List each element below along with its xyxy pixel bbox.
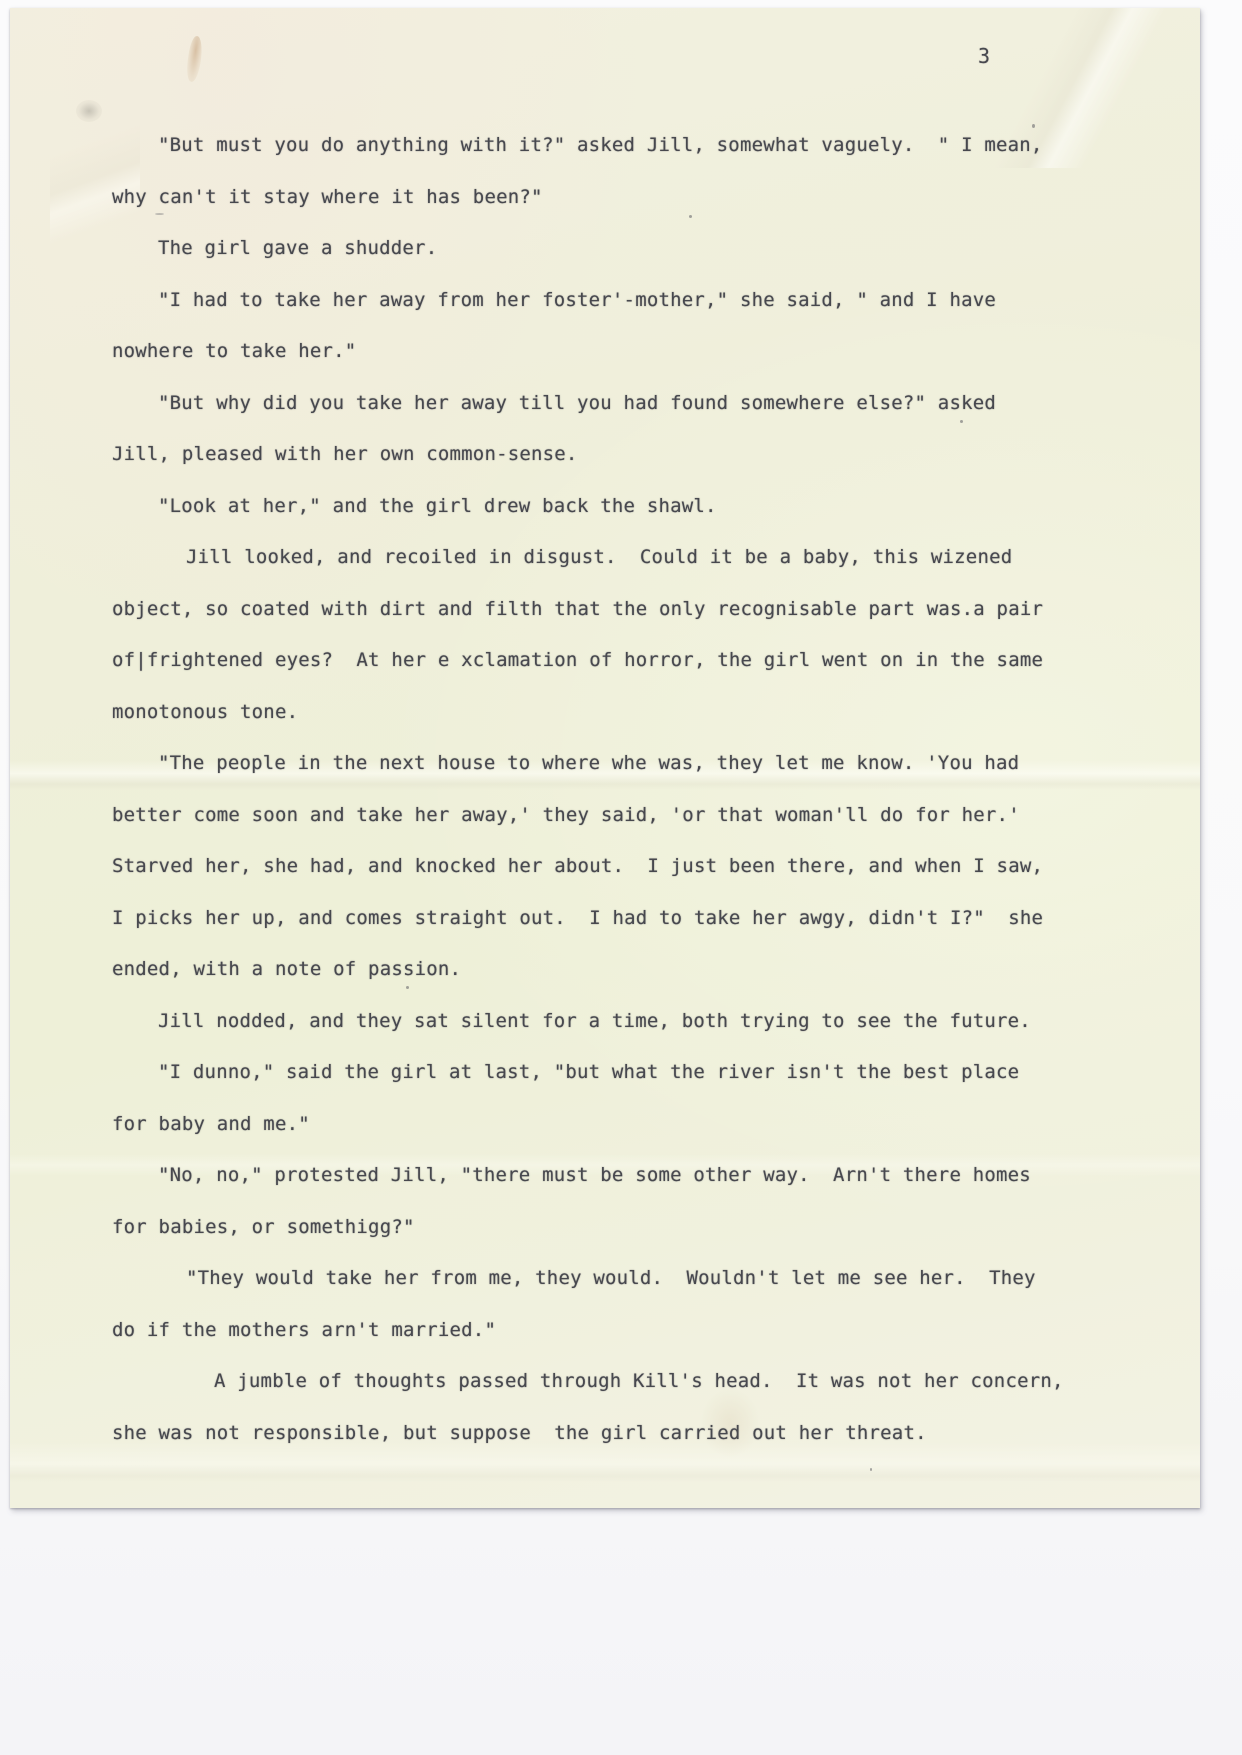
typewritten-text-block: "But must you do anything with it?" aske… [112,120,1172,1459]
text-line: monotonous tone. [112,687,1172,739]
paper-stain [185,35,204,82]
text-line: "They would take her from me, they would… [186,1253,1172,1305]
text-line: she was not responsible, but suppose the… [112,1408,1172,1460]
text-line: "Look at her," and the girl drew back th… [158,481,1172,533]
text-line: Jill, pleased with her own common-sense. [112,429,1172,481]
text-line: nowhere to take her." [112,326,1172,378]
text-line: "I dunno," said the girl at last, "but w… [158,1047,1172,1099]
text-line: ended, with a note of passion. [112,944,1172,996]
text-line: "But why did you take her away till you … [158,378,1172,430]
text-line: Starved her, she had, and knocked her ab… [112,841,1172,893]
text-line: "I had to take her away from her foster'… [158,275,1172,327]
scan-background: 3 "But must you do anything with it?" as… [0,0,1242,1755]
text-line: do if the mothers arn't married." [112,1305,1172,1357]
text-line: "The people in the next house to where w… [158,738,1172,790]
text-line: why can't it stay where it has been?" [112,172,1172,224]
text-line: A jumble of thoughts passed through Kill… [214,1356,1172,1408]
text-line: for babies, or somethigg?" [112,1202,1172,1254]
text-line: I picks her up, and comes straight out. … [112,893,1172,945]
paper-sheet: 3 "But must you do anything with it?" as… [10,8,1200,1508]
text-line: for baby and me." [112,1099,1172,1151]
paper-speck [870,1468,872,1471]
paper-stain [76,100,102,122]
text-line: "No, no," protested Jill, "there must be… [158,1150,1172,1202]
text-line: "But must you do anything with it?" aske… [158,120,1172,172]
text-line: The girl gave a shudder. [158,223,1172,275]
page-number: 3 [978,44,990,68]
text-line: Jill nodded, and they sat silent for a t… [158,996,1172,1048]
text-line: of|frightened eyes? At her e xclamation … [112,635,1172,687]
text-line: better come soon and take her away,' the… [112,790,1172,842]
text-line: Jill looked, and recoiled in disgust. Co… [186,532,1172,584]
text-line: object, so coated with dirt and filth th… [112,584,1172,636]
